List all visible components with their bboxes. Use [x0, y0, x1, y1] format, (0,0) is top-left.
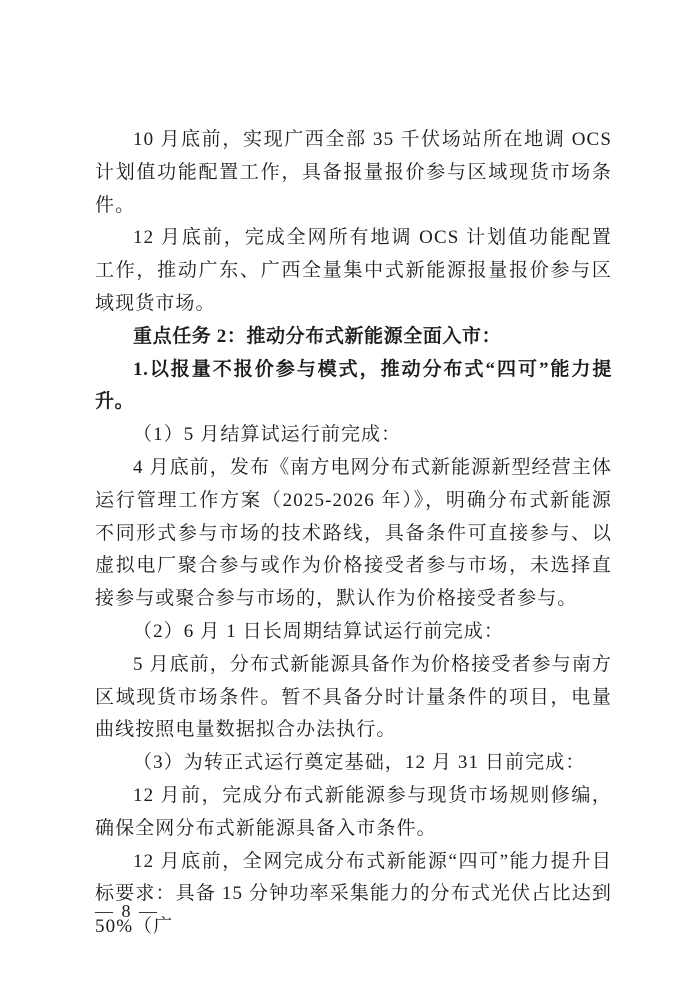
paragraph-april-deadline: 4 月底前，发布《南方电网分布式新能源新型经营主体运行管理工作方案（2025-2… [95, 452, 612, 616]
paragraph-item-2: （2）6 月 1 日长周期结算试运行前完成： [95, 616, 612, 649]
document-page: 10 月底前，实现广西全部 35 千伏场站所在地调 OCS 计划值功能配置工作，… [0, 0, 700, 989]
paragraph-item-3: （3）为转正式运行奠定基础，12 月 31 日前完成： [95, 747, 612, 780]
heading-subtask-1: 1.以报量不报价参与模式，推动分布式“四可”能力提升。 [95, 354, 612, 420]
paragraph-may-deadline: 5 月底前，分布式新能源具备作为价格接受者参与南方区域现货市场条件。暂不具备分时… [95, 649, 612, 747]
document-body: 10 月底前，实现广西全部 35 千伏场站所在地调 OCS 计划值功能配置工作，… [95, 124, 612, 944]
page-number: — 8 — [95, 901, 159, 922]
paragraph-october-deadline: 10 月底前，实现广西全部 35 千伏场站所在地调 OCS 计划值功能配置工作，… [95, 124, 612, 222]
paragraph-december-rules: 12 月前，完成分布式新能源参与现货市场规则修编，确保全网分布式新能源具备入市条… [95, 780, 612, 846]
heading-key-task-2: 重点任务 2：推动分布式新能源全面入市： [95, 321, 612, 354]
paragraph-december-target: 12 月底前，全网完成分布式新能源“四可”能力提升目标要求：具备 15 分钟功率… [95, 846, 612, 944]
paragraph-december-deadline: 12 月底前，完成全网所有地调 OCS 计划值功能配置工作，推动广东、广西全量集… [95, 222, 612, 320]
paragraph-item-1: （1）5 月结算试运行前完成： [95, 419, 612, 452]
